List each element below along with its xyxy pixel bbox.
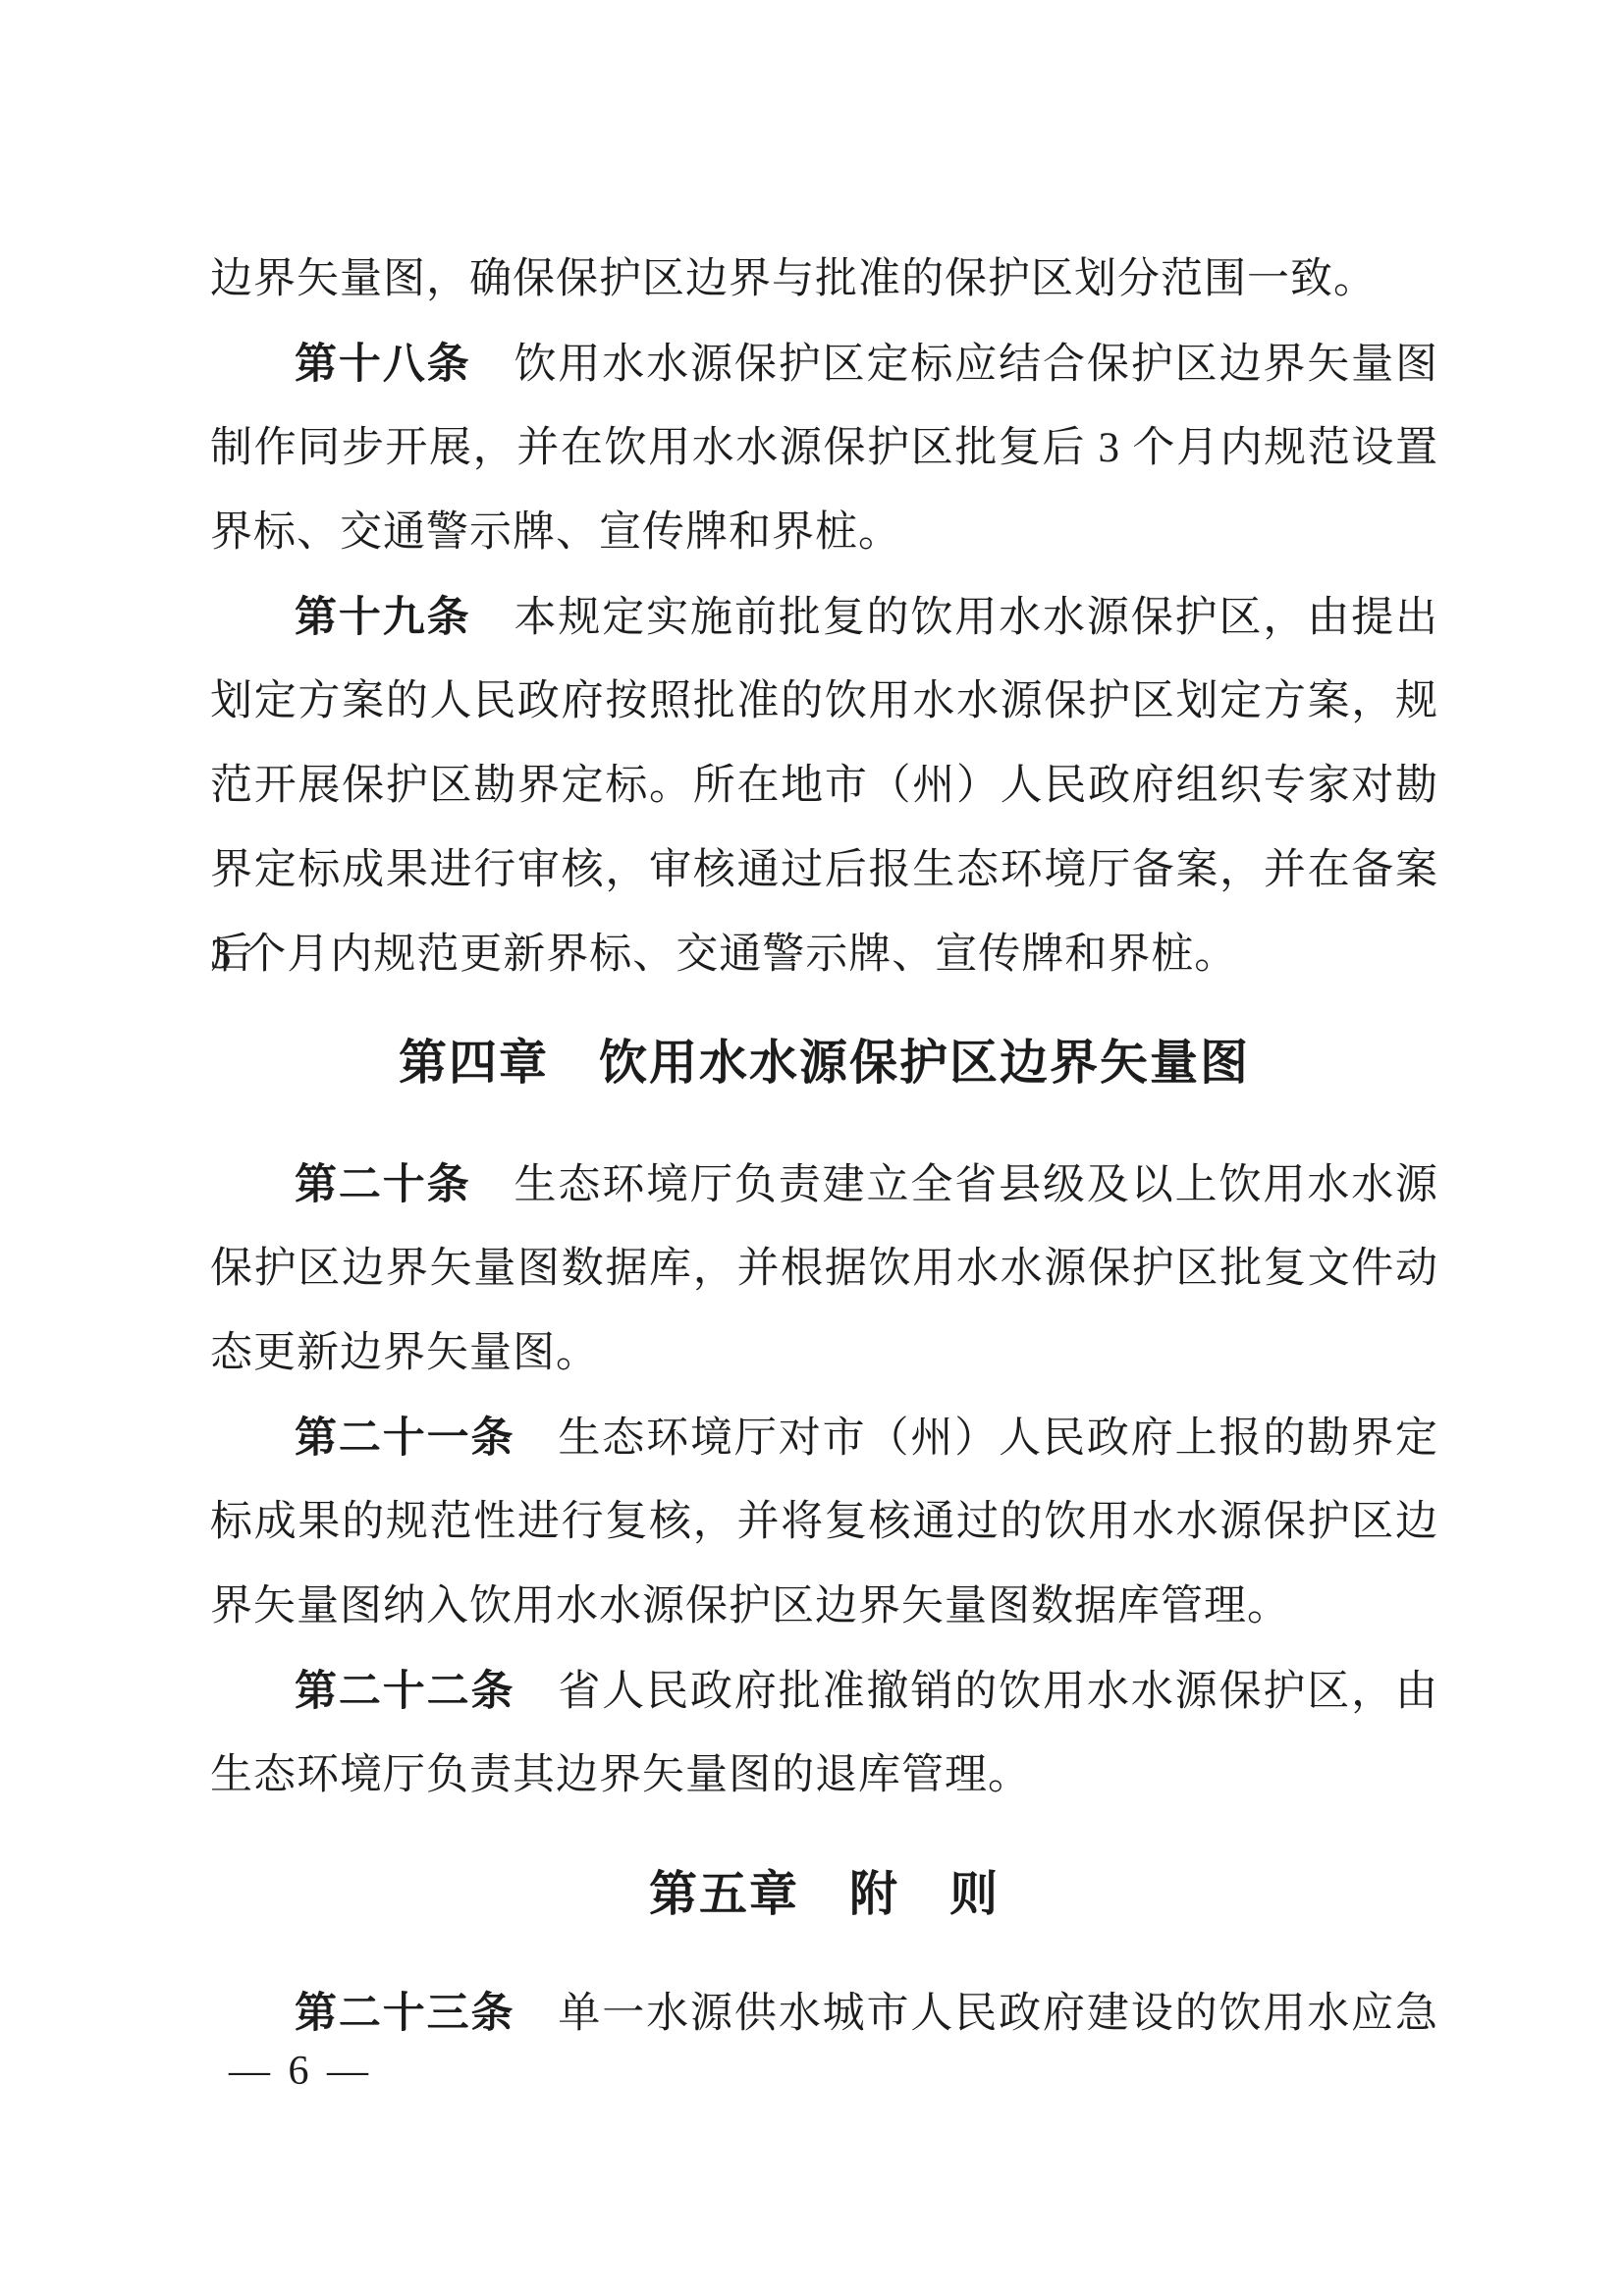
article-line-21: 第二十一条生态环境厅对市（州）人民政府上报的勘界定 <box>210 1396 1438 1480</box>
article-line-19: 第十九条本规定实施前批复的饮用水水源保护区，由提出 <box>210 575 1438 660</box>
paragraph-line: 保护区边界矢量图数据库，并根据饮用水水源保护区批复文件动 <box>210 1227 1438 1311</box>
paragraph-line: 边界矢量图，确保保护区边界与批准的保护区划分范围一致。 <box>210 238 1438 322</box>
article-line-20: 第二十条生态环境厅负责建立全省县级及以上饮用水水源 <box>210 1143 1438 1227</box>
article-line-18: 第十八条饮用水水源保护区定标应结合保护区边界矢量图 <box>210 322 1438 406</box>
page-content: 边界矢量图，确保保护区边界与批准的保护区划分范围一致。 第十八条饮用水水源保护区… <box>210 0 1438 2056</box>
paragraph-line: 界矢量图纳入饮用水水源保护区边界矢量图数据库管理。 <box>210 1565 1438 1649</box>
page-number-footer: — 6 — <box>229 2044 372 2099</box>
paragraph-line: 态更新边界矢量图。 <box>210 1311 1438 1396</box>
article-number-label: 第二十一条 <box>295 1415 514 1462</box>
paragraph-line: 划定方案的人民政府按照批准的饮用水水源保护区划定方案，规 <box>210 660 1438 744</box>
article-line-text: 饮用水水源保护区定标应结合保护区边界矢量图 <box>514 342 1439 388</box>
paragraph-line: 制作同步开展，并在饮用水水源保护区批复后 3 个月内规范设置 <box>210 406 1438 491</box>
paragraph-line: 标成果的规范性进行复核，并将复核通过的饮用水水源保护区边 <box>210 1480 1438 1565</box>
article-line-22: 第二十二条省人民政府批准撤销的饮用水水源保护区，由 <box>210 1649 1438 1734</box>
chapter-heading-4: 第四章 饮用水水源保护区边界矢量图 <box>210 1021 1438 1105</box>
paragraph-line: 界标、交通警示牌、宣传牌和界桩。 <box>210 491 1438 575</box>
article-line-text: 省人民政府批准撤销的饮用水水源保护区，由 <box>558 1669 1438 1715</box>
article-number-label: 第二十三条 <box>295 1990 514 2037</box>
chapter-heading-5: 第五章 附 则 <box>210 1852 1438 1937</box>
article-number-label: 第十八条 <box>295 341 471 388</box>
paragraph-line: 界定标成果进行审核，审核通过后报生态环境厅备案，并在备案后 <box>210 828 1438 913</box>
paragraph-line: 3 个月内规范更新界标、交通警示牌、宣传牌和界桩。 <box>210 913 1438 997</box>
article-number-label: 第二十二条 <box>295 1668 514 1715</box>
article-line-text: 本规定实施前批复的饮用水水源保护区，由提出 <box>514 595 1439 641</box>
paragraph-line: 生态环境厅负责其边界矢量图的退库管理。 <box>210 1734 1438 1818</box>
article-line-text: 单一水源供水城市人民政府建设的饮用水应急 <box>558 1991 1438 2037</box>
paragraph-line: 范开展保护区勘界定标。所在地市（州）人民政府组织专家对勘 <box>210 744 1438 828</box>
article-number-label: 第十九条 <box>295 594 471 641</box>
article-line-text: 生态环境厅负责建立全省县级及以上饮用水水源 <box>514 1162 1439 1208</box>
article-line-23: 第二十三条单一水源供水城市人民政府建设的饮用水应急 <box>210 1971 1438 2056</box>
article-number-label: 第二十条 <box>295 1161 471 1208</box>
article-line-text: 生态环境厅对市（州）人民政府上报的勘界定 <box>558 1415 1438 1462</box>
document-page: 边界矢量图，确保保护区边界与批准的保护区划分范围一致。 第十八条饮用水水源保护区… <box>0 0 1624 2296</box>
